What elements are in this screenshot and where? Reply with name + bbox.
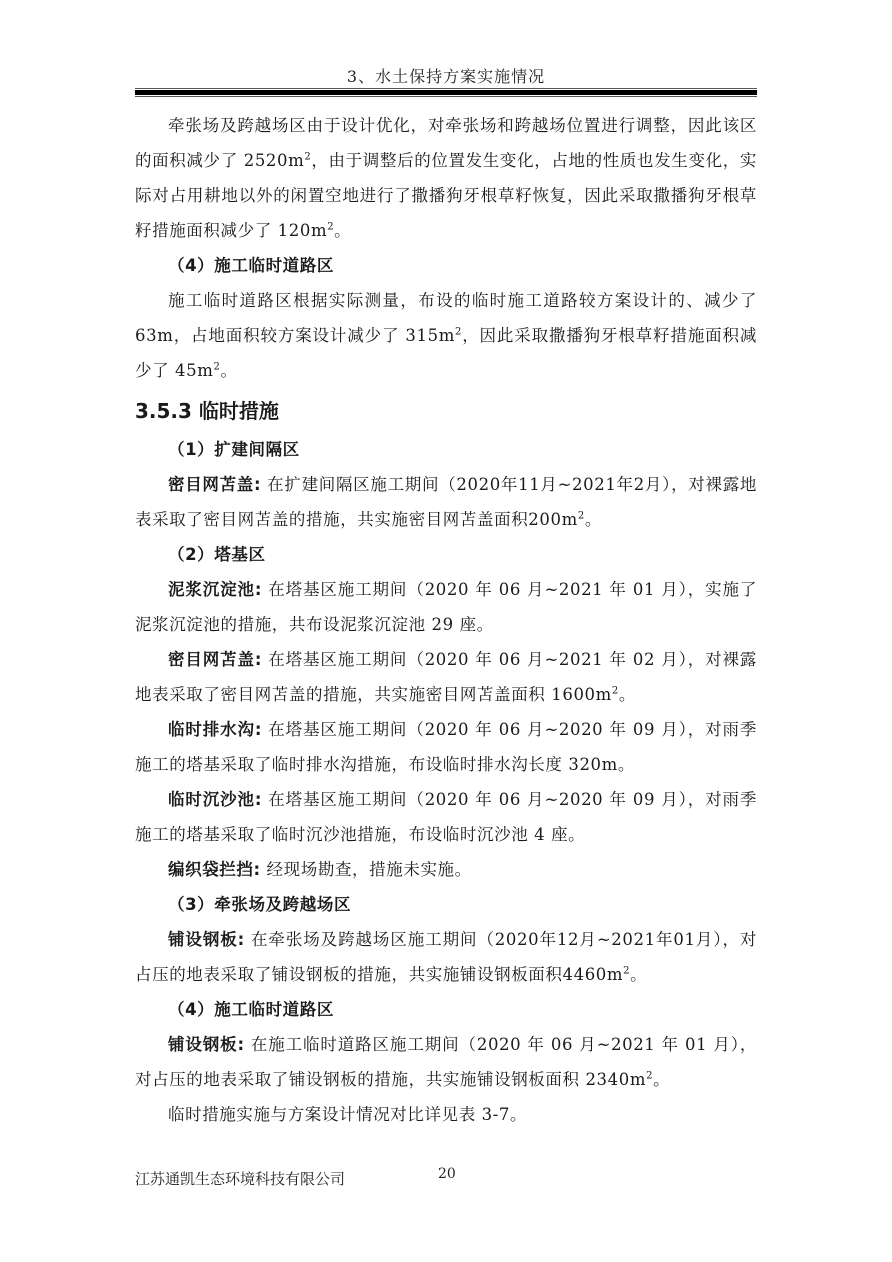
section-title: 3.5.3 临时措施 [135,390,757,432]
subheading-tower-base: （2）塔基区 [135,537,757,572]
closing-paragraph: 临时措施实施与方案设计情况对比详见表 3-7。 [135,1097,757,1132]
subheading-tension-field: （3）牵张场及跨越场区 [135,887,757,922]
measure-steel-plate-1: 铺设钢板: 在牵张场及跨越场区施工期间（2020年12月~2021年01月），对… [135,922,757,992]
paragraph-tension-field: 牵张场及跨越场区由于设计优化，对牵张场和跨越场位置进行调整，因此该区的面积减少了… [135,108,757,248]
running-header: 3、水土保持方案实施情况 [135,64,757,87]
measure-label: 临时排水沟: [168,720,262,739]
measure-mud-sedimentation-pond: 泥浆沉淀池: 在塔基区施工期间（2020 年 06 月~2021 年 01 月）… [135,572,757,642]
measure-text: 。 [585,510,602,529]
header-rule-thin-top [135,88,757,89]
measure-steel-plate-2: 铺设钢板: 在施工临时道路区施工期间（2020 年 06 月~2021 年 01… [135,1027,757,1097]
measure-label: 铺设钢板: [168,1035,245,1054]
measure-dense-mesh-cover-1: 密目网苫盖: 在扩建间隔区施工期间（2020年11月~2021年2月），对裸露地… [135,467,757,537]
superscript: 2 [455,327,462,338]
measure-label: 编织袋拦挡: [168,860,261,879]
header-rule [135,88,757,98]
superscript: 2 [612,686,619,697]
measure-temp-sand-pond: 临时沉沙池: 在塔基区施工期间（2020 年 06 月~2020 年 09 月）… [135,782,757,852]
measure-text: 经现场勘查，措施未实施。 [261,860,472,879]
header-rule-thin-bottom [135,96,757,97]
body-content: 牵张场及跨越场区由于设计优化，对牵张场和跨越场位置进行调整，因此该区的面积减少了… [135,108,757,1132]
measure-label: 泥浆沉淀池: [168,580,262,599]
measure-woven-bag-barrier: 编织袋拦挡: 经现场勘查，措施未实施。 [135,852,757,887]
subheading-temp-road-2: （4）施工临时道路区 [135,992,757,1027]
page-number: 20 [438,1166,456,1182]
document-page: 3、水土保持方案实施情况 牵张场及跨越场区由于设计优化，对牵张场和跨越场位置进行… [0,0,892,1262]
subheading-temp-road: （4）施工临时道路区 [135,248,757,283]
superscript: 2 [578,511,585,522]
measure-label: 密目网苫盖: [168,650,262,669]
subheading-expansion-bay: （1）扩建间隔区 [135,432,757,467]
header-rule-thick [135,90,757,95]
measure-dense-mesh-cover-2: 密目网苫盖: 在塔基区施工期间（2020 年 06 月~2021 年 02 月）… [135,642,757,712]
measure-label: 铺设钢板: [168,930,245,949]
measure-temp-drainage-ditch: 临时排水沟: 在塔基区施工期间（2020 年 06 月~2020 年 09 月）… [135,712,757,782]
measure-text: 。 [630,965,647,984]
paragraph-temp-road: 施工临时道路区根据实际测量，布设的临时施工道路较方案设计的、减少了 63m，占地… [135,283,757,388]
footer-company: 江苏通凯生态环境科技有限公司 [135,1168,345,1189]
measure-label: 密目网苫盖: [168,475,261,494]
measure-text: 。 [653,1070,670,1089]
measure-label: 临时沉沙池: [168,790,262,809]
paragraph-text: 。 [334,221,351,240]
paragraph-text: 。 [220,361,237,380]
measure-text: 。 [619,685,636,704]
